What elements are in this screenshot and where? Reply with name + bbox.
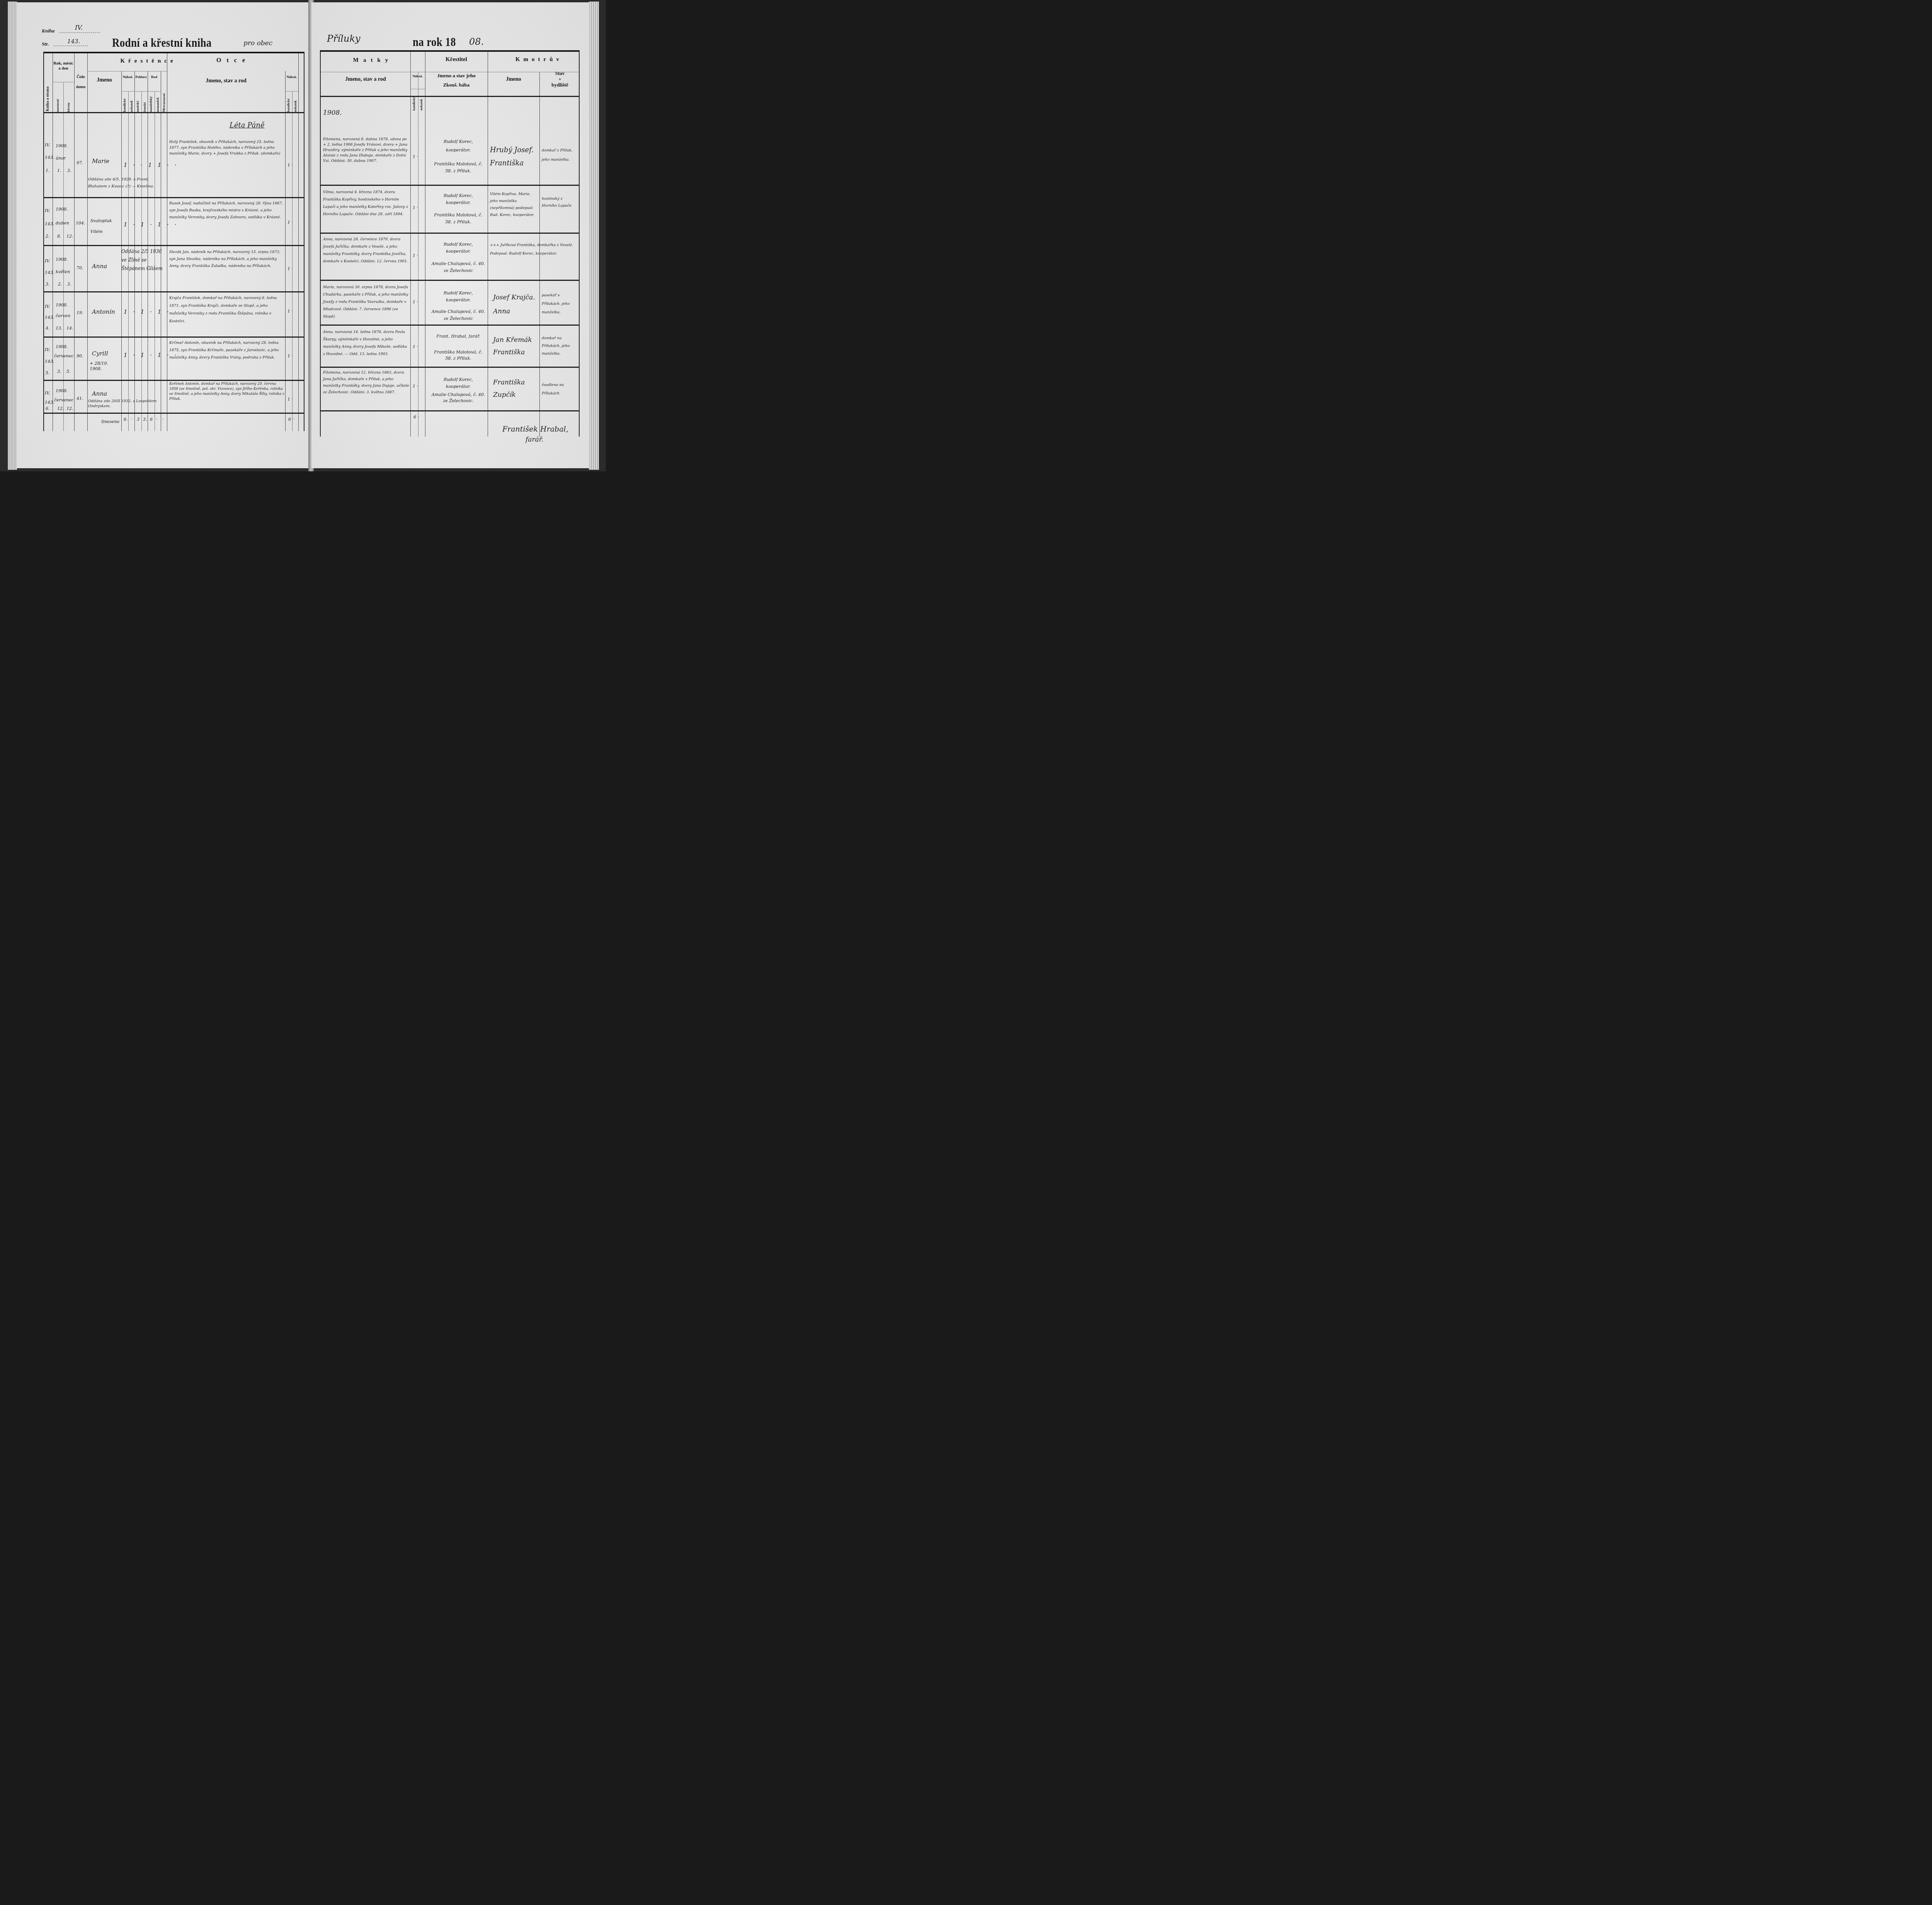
col-kmotr-stav-a: a xyxy=(539,77,580,81)
str-label: Str. xyxy=(42,41,49,47)
cell-otec-naboz: 1 · xyxy=(287,219,293,225)
col-group-matky: Matky xyxy=(344,57,402,64)
cell-otec-naboz: 1 · xyxy=(287,266,293,272)
summary-count: 6. xyxy=(124,416,128,422)
cell-rok: 1908. xyxy=(56,143,68,149)
col-jmeno: Jmeno xyxy=(87,77,121,83)
cell-krestitel: Rudolf Korec, kooperátor. xyxy=(431,376,485,390)
cell-rok: 1908. xyxy=(56,344,68,350)
register-book-scan: Kniha IV. Str. 143. Rodní a křestní knih… xyxy=(0,0,606,471)
col-zenske: ženské xyxy=(143,93,146,112)
cell-kmotr: Františka Zupčík xyxy=(493,376,539,401)
cell-otec-naboz: 1 · xyxy=(287,396,293,402)
col-pohlavi: Pohlaví xyxy=(134,75,148,79)
col-matky-naboz: Nábož. xyxy=(410,74,425,78)
cell-narozeni: 2. xyxy=(58,281,62,287)
cell-otec-naboz: 1 · xyxy=(287,353,293,359)
cell-kmotr-stav: hostinský z Horního Lapače xyxy=(542,195,579,209)
col-cislo-domu-1: Číslo xyxy=(74,75,87,79)
obec-name: Příluky xyxy=(327,33,361,44)
cell-matka-naboz: 1 · xyxy=(413,299,418,305)
summary-count: · xyxy=(131,416,132,422)
col-krestitel: Křestitel xyxy=(425,56,488,63)
col-kmotr-jmeno: Jmeno xyxy=(488,76,539,83)
col-matky-jmeno: Jmeno, stav a rod xyxy=(321,76,410,83)
cell-index: 6. xyxy=(46,406,50,411)
col-rok-mesic-den: Rok, měsíc a den xyxy=(53,61,74,71)
cell-narozeni: 12. xyxy=(57,406,64,411)
cell-mesic: červen xyxy=(56,313,70,319)
cell-krestu: 14. xyxy=(66,325,73,331)
cell-note: + 28/10. 1908. xyxy=(90,361,121,372)
cell-baba: Amalie Chalupová, č. 40. ze Želechovic xyxy=(431,308,485,322)
cell-kmotr: Vilém Kopřiva. Marie, jeho manželka (nep… xyxy=(490,191,539,219)
cell-jmeno: Svatopluk Vilém xyxy=(90,216,120,237)
cell-index: 2. xyxy=(46,233,50,239)
cell-matka-naboz: 1 · xyxy=(413,253,418,258)
cell-mesic: červenec xyxy=(54,397,73,403)
cell-kniha: IV. xyxy=(45,304,50,309)
cell-rok: 1908. xyxy=(56,257,68,262)
str-value: 143. xyxy=(67,38,80,45)
cell-matka: Vilma, narozená 4. března 1874, dcera Fr… xyxy=(323,189,410,218)
cell-kmotr-stav: domkař na Přílukách, jeho manželka. xyxy=(542,335,579,358)
cell-kmotr: +++ Juříková Františka, domkařka z Vesel… xyxy=(490,241,579,258)
cell-otec: Slezák Jan, nádeník na Přílukách, naroze… xyxy=(169,249,284,270)
col-group-krestence: Křestěnce xyxy=(106,58,191,65)
cell-kniha: IV. xyxy=(45,142,53,148)
title-pro-obec: pro obec xyxy=(243,39,272,47)
cell-marks: 1 · 1 · 1 · · xyxy=(124,222,178,228)
signature-title: farář. xyxy=(526,436,543,444)
cell-kmotr-stav: domkař z Přiluk. jeho manželka. xyxy=(542,146,579,165)
col-otce-jmeno: Jmeno, stav a rod xyxy=(167,78,285,84)
summary-count: · xyxy=(156,416,158,422)
cell-narozeni: 3. xyxy=(57,369,61,374)
right-page: Příluky na rok 18 08. Matky Křestitel Km… xyxy=(311,2,590,468)
col-group-kmotruv: Kmotrův xyxy=(502,56,576,63)
cell-index: 1. xyxy=(46,168,50,173)
col-muzske: mužské xyxy=(136,93,139,112)
col-katolicke: katolické xyxy=(122,93,126,112)
cell-krestitel: Rudolf Korec, kooperátor. xyxy=(431,241,485,255)
signature-name: František Hrabal, xyxy=(502,425,568,433)
cell-krestitel: Rudolf Korec, kooperátor. xyxy=(431,192,485,206)
cell-baba: Amalie Chalupová, č. 40. ze Želechovic. xyxy=(431,392,485,404)
cell-jmeno: Anna xyxy=(92,391,107,397)
cell-narozeni: 13. xyxy=(56,325,63,331)
cell-baba: Františka Malotová, č. 58. z Přiluk. xyxy=(431,161,485,175)
cell-matka-naboz: 1 · xyxy=(413,205,418,211)
cell-index: 4. xyxy=(46,325,50,331)
cell-kmotr-stav: pasekář v Přílukách. jeho manželka. xyxy=(542,291,579,317)
cell-kmotr-stav: švadlena na Přílukách xyxy=(542,381,579,398)
cell-matka: Filomena, narozená 8. dubna 1878, vdova … xyxy=(323,137,410,164)
cell-jmeno: Marie xyxy=(92,158,109,164)
summary-label: Sneseno xyxy=(101,419,119,425)
cell-kniha: IV. xyxy=(45,258,50,264)
cell-baba: Františka Malotová, č. 58. z Přiluk. xyxy=(431,349,485,362)
summary-count: 3 xyxy=(137,416,139,422)
cell-matka: Anna, narozená 14. ledna 1878, dcera Pav… xyxy=(323,328,410,358)
col-narozeni: narození xyxy=(56,90,60,112)
cell-note: Oddána zde 4/5. 1929. s Frant. Blahutem … xyxy=(88,176,167,190)
kniha-value: IV. xyxy=(75,24,83,31)
cell-baba: Františka Malotová, č. 58. z Přiluk. xyxy=(431,212,485,226)
cell-krestu: 12. xyxy=(66,406,73,411)
col-manzelsky: manželský xyxy=(149,93,153,112)
cell-otec: Krajča František, domkař na Přílukách, n… xyxy=(169,294,284,325)
cell-matka-naboz: 1 · xyxy=(413,383,418,389)
col-nemanzel: nemanžel. xyxy=(156,93,160,112)
left-page: Kniha IV. Str. 143. Rodní a křestní knih… xyxy=(16,2,310,468)
col-kmotr-bydliste: bydliště xyxy=(539,82,580,88)
kniha-underline xyxy=(60,32,100,33)
cell-matka: Filomena, narozená 12. března 1863, dcer… xyxy=(323,369,410,396)
col-group-otce: Otce xyxy=(206,57,260,64)
cell-strana: 143. xyxy=(45,221,54,227)
cell-otec: Holý František, obuvník v Přílukách, nar… xyxy=(169,139,284,156)
cell-cislo-domu: 90. xyxy=(77,353,83,359)
cell-index: 5. xyxy=(46,370,50,376)
cell-otec: Krčmař Antonín, obuvník na Přílukách, na… xyxy=(169,339,284,361)
page-edges-left xyxy=(8,2,17,470)
col-cislo-domu-2: domu xyxy=(74,85,87,89)
cell-strana: 143. xyxy=(45,155,53,160)
cell-cislo-domu: 41. xyxy=(77,396,83,401)
cell-kmotr: Jan Křemák Františka xyxy=(493,334,539,359)
leta-pane: Léta Páně xyxy=(230,121,265,129)
cell-note: Oddána 2/5 1936 ve Zlíně se Štěpánem Gli… xyxy=(121,247,167,273)
cell-kniha: IV. xyxy=(45,208,50,214)
cell-cislo-domu: 104. xyxy=(76,220,85,226)
cell-krestitel: Frant. Hrabal, farář. xyxy=(431,333,485,340)
cell-note: Oddána zde 20/II 1932. s Leopoldem Ondrý… xyxy=(88,399,167,409)
page-title-right: na rok 18 xyxy=(413,36,456,49)
col-kniha-a-strana: Kniha a strana xyxy=(46,76,50,111)
col-matky-nekatol: nekatol. xyxy=(419,90,423,110)
cell-krestitel: Rudolf Korec, kooperátor. xyxy=(431,290,485,304)
cell-otec: Rusek Josef, nadučitel na Přílukách, nar… xyxy=(169,200,284,221)
col-rod: Rod xyxy=(148,75,161,79)
cell-matka: Marie, narozená 30. srpna 1878, dcera Jo… xyxy=(323,284,410,320)
intro-year: 1908. xyxy=(323,109,342,117)
summary-count: 6 xyxy=(150,416,153,422)
cell-baba: Amalie Chalupová, č. 40. ze Želechovic xyxy=(431,260,485,274)
cell-jmeno: Antonín xyxy=(92,309,115,315)
cell-matka-naboz: 1 · xyxy=(413,154,418,160)
cell-narozeni: 1. xyxy=(57,168,61,173)
cell-kniha: IV. xyxy=(45,347,50,353)
cell-krestu: 12. xyxy=(66,233,73,239)
cell-krestu: 5. xyxy=(66,369,71,374)
cell-jmeno: Cyrill xyxy=(92,351,108,357)
cell-rok: 1908. xyxy=(56,388,68,394)
col-naboz: Nábož. xyxy=(121,75,134,79)
cell-krestu: 3. xyxy=(67,281,71,287)
cell-matka-naboz: 1 · xyxy=(413,344,418,350)
cell-rok: 1908. xyxy=(56,206,68,212)
str-underline xyxy=(53,46,88,46)
cell-strana: 143. xyxy=(45,270,54,275)
col-krestu: křestu xyxy=(66,96,70,112)
cell-krestu: 3. xyxy=(67,168,71,173)
cell-matka: Anna, narozená 26. července 1879, dcera … xyxy=(323,236,410,265)
col-kmotr-stav: Stav xyxy=(539,70,580,76)
cell-otec-naboz: 1 · xyxy=(287,308,293,314)
cell-otec: Kořének Antonín, domkař na Přílukách, na… xyxy=(169,382,284,402)
cell-krestitel: Rudolf Korec, kooperátor. xyxy=(431,138,485,155)
cell-kniha: IV. xyxy=(45,390,50,396)
register-table-right: Matky Křestitel Kmotrův Jmeno, stav a ro… xyxy=(320,50,580,437)
col-matky-katolicke: katolické xyxy=(412,90,416,110)
col-nekatol: nekatol. xyxy=(129,93,133,112)
summary-matka-naboz: 6 · xyxy=(413,414,419,420)
cell-kmotr: Hrubý Josef. Františka xyxy=(490,144,539,170)
col-otce-nekatol: nekatol. xyxy=(293,93,297,112)
cell-kmotr: Josef Krajča. Anna xyxy=(493,291,539,318)
cell-marks: 1 · · 1 1 · · xyxy=(124,162,178,168)
cell-cislo-domu: 97. xyxy=(77,160,83,166)
cell-mesic: květen xyxy=(56,269,70,275)
cell-mesic: únor xyxy=(56,155,66,161)
cell-strana: 143. xyxy=(45,399,54,405)
register-table-left: Kniha a strana Rok, měsíc a den narození… xyxy=(43,52,304,431)
cell-narozeni: 8. xyxy=(57,233,61,239)
cell-cislo-domu: 70. xyxy=(77,265,83,271)
page-title-left: Rodní a křestní kniha xyxy=(112,36,212,50)
year-suffix: 08. xyxy=(469,36,484,47)
cell-otec-naboz: 1 · xyxy=(287,162,293,168)
summary-otec-naboz: 6 · xyxy=(288,416,294,422)
cell-strana: 143. xyxy=(45,314,54,320)
col-krestitel-sub1: Jmeno a stav jeho xyxy=(425,73,488,79)
cell-rok: 1908. xyxy=(56,302,68,308)
col-mrtvorozeni: Mrtvorození xyxy=(162,78,166,112)
col-otce-katolicke: katolické xyxy=(286,93,290,112)
cell-jmeno: Anna xyxy=(92,263,107,269)
cell-mesic: duben xyxy=(56,220,69,226)
col-krestitel-sub2: Zkouš. bába xyxy=(425,82,488,88)
summary-count: · xyxy=(162,416,164,422)
kniha-label: Kniha xyxy=(42,28,54,34)
cell-index: 3. xyxy=(46,281,50,287)
summary-count: 3. xyxy=(143,416,147,422)
col-otce-naboz: Nábož. xyxy=(285,75,298,79)
cell-mesic: červenec xyxy=(54,353,73,359)
cell-cislo-domu: 19. xyxy=(77,310,83,316)
cell-strana: 143. xyxy=(45,359,54,364)
page-edges-right xyxy=(589,2,599,470)
